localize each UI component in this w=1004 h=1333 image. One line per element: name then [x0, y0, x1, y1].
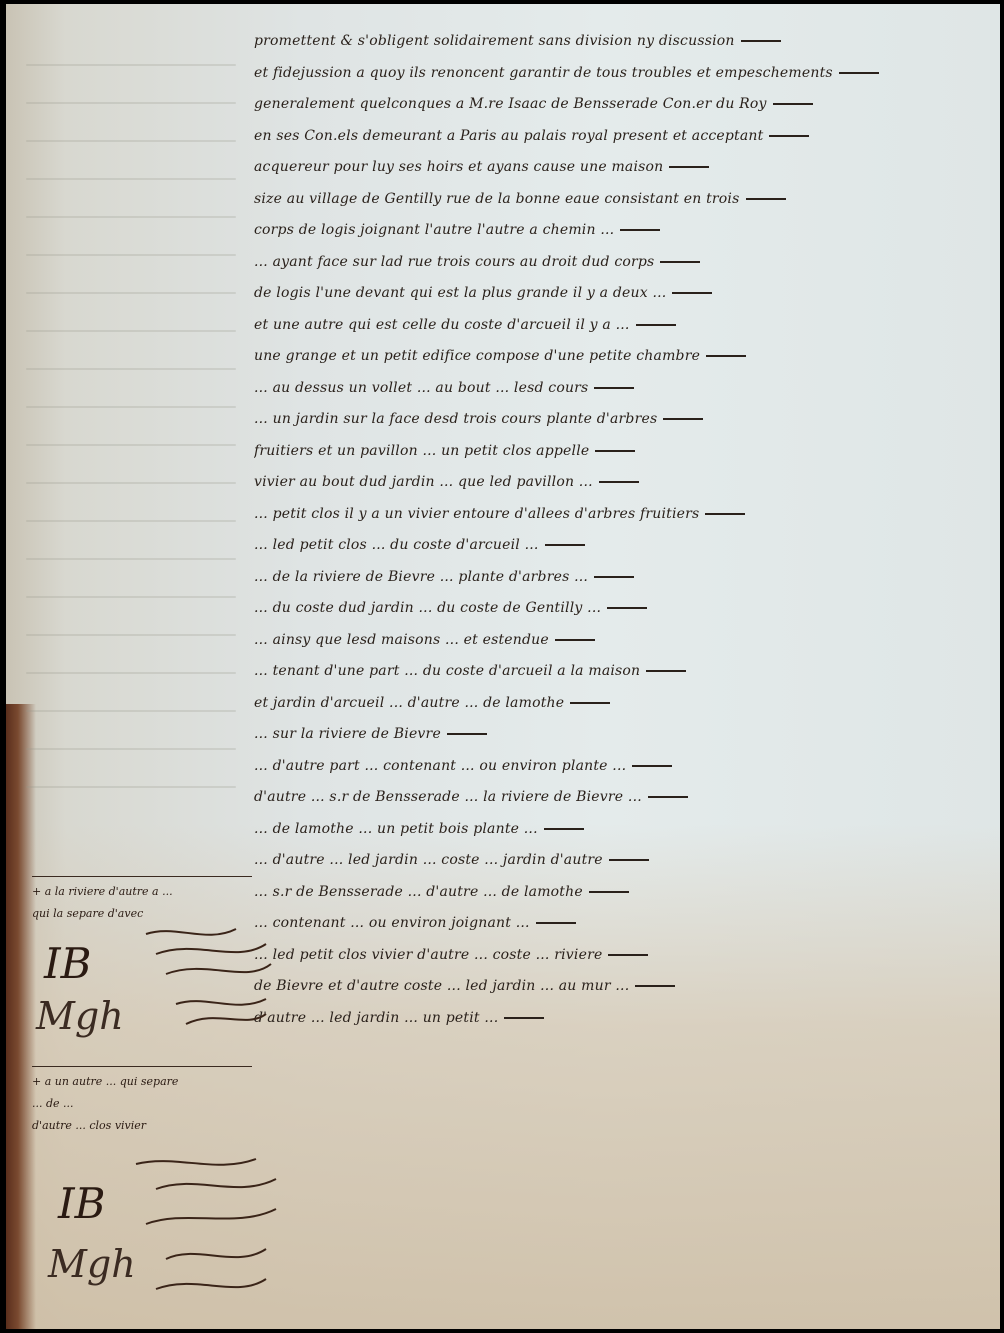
- line-filler-dash: [589, 891, 629, 893]
- manuscript-line-text: et fidejussion a quoy ils renoncent gara…: [254, 65, 833, 81]
- manuscript-line: en ses Con.els demeurant a Paris au pala…: [254, 121, 994, 153]
- manuscript-line-text: ... ainsy que lesd maisons ... et estend…: [254, 632, 549, 648]
- manuscript-line-text: en ses Con.els demeurant a Paris au pala…: [254, 128, 763, 144]
- manuscript-line-text: ... led petit clos vivier d'autre ... co…: [254, 947, 602, 963]
- manuscript-line: de logis l'une devant qui est la plus gr…: [254, 278, 994, 310]
- manuscript-line: d'autre ... s.r de Bensserade ... la riv…: [254, 782, 994, 814]
- manuscript-line: generalement quelconques a M.re Isaac de…: [254, 89, 994, 121]
- line-filler-dash: [636, 324, 676, 326]
- manuscript-line: ... du coste dud jardin ... du coste de …: [254, 593, 994, 625]
- line-filler-dash: [646, 670, 686, 672]
- manuscript-line: ... ainsy que lesd maisons ... et estend…: [254, 625, 994, 657]
- manuscript-line-text: ... d'autre part ... contenant ... ou en…: [254, 758, 626, 774]
- margin-rule: [32, 876, 252, 877]
- manuscript-line: ... un jardin sur la face desd trois cou…: [254, 404, 994, 436]
- line-filler-dash: [504, 1017, 544, 1019]
- line-filler-dash: [660, 261, 700, 263]
- manuscript-line: promettent & s'obligent solidairement sa…: [254, 26, 994, 58]
- line-filler-dash: [555, 639, 595, 641]
- line-filler-dash: [536, 922, 576, 924]
- manuscript-line: ... contenant ... ou environ joignant ..…: [254, 908, 994, 940]
- manuscript-line: acquereur pour luy ses hoirs et ayans ca…: [254, 152, 994, 184]
- manuscript-line: de Bievre et d'autre coste ... led jardi…: [254, 971, 994, 1003]
- margin-note-2: + a un autre ... qui separe: [32, 1071, 252, 1093]
- manuscript-line: ... de lamothe ... un petit bois plante …: [254, 814, 994, 846]
- manuscript-line: ... ayant face sur lad rue trois cours a…: [254, 247, 994, 279]
- manuscript-line: ... led petit clos vivier d'autre ... co…: [254, 940, 994, 972]
- manuscript-line: ... sur la riviere de Bievre: [254, 719, 994, 751]
- manuscript-line-text: ... d'autre ... led jardin ... coste ...…: [254, 852, 603, 868]
- manuscript-line-text: size au village de Gentilly rue de la bo…: [254, 191, 740, 207]
- manuscript-line: size au village de Gentilly rue de la bo…: [254, 184, 994, 216]
- manuscript-line-text: d'autre ... led jardin ... un petit ...: [254, 1010, 498, 1026]
- margin-rule: [32, 1066, 252, 1067]
- manuscript-line-text: vivier au bout dud jardin ... que led pa…: [254, 474, 593, 490]
- line-filler-dash: [608, 954, 648, 956]
- margin-note-2-line2: ... de ...: [32, 1093, 252, 1115]
- manuscript-page: promettent & s'obligent solidairement sa…: [6, 4, 1000, 1329]
- manuscript-line-text: ... du coste dud jardin ... du coste de …: [254, 600, 601, 616]
- manuscript-line: ... d'autre part ... contenant ... ou en…: [254, 751, 994, 783]
- manuscript-line: ... au dessus un vollet ... au bout ... …: [254, 373, 994, 405]
- margin-notes-2: + a un autre ... qui separe ... de ... d…: [32, 1062, 252, 1137]
- line-filler-dash: [544, 828, 584, 830]
- manuscript-line-text: ... ayant face sur lad rue trois cours a…: [254, 254, 654, 270]
- manuscript-line-text: ... tenant d'une part ... du coste d'arc…: [254, 663, 640, 679]
- line-filler-dash: [663, 418, 703, 420]
- line-filler-dash: [669, 166, 709, 168]
- manuscript-line: une grange et un petit edifice compose d…: [254, 341, 994, 373]
- line-filler-dash: [746, 198, 786, 200]
- manuscript-line-text: et une autre qui est celle du coste d'ar…: [254, 317, 630, 333]
- manuscript-line-text: ... au dessus un vollet ... au bout ... …: [254, 380, 588, 396]
- line-filler-dash: [635, 985, 675, 987]
- signature-name-1: Mgh: [36, 994, 124, 1038]
- manuscript-line-text: ... petit clos il y a un vivier entoure …: [254, 506, 699, 522]
- line-filler-dash: [594, 576, 634, 578]
- line-filler-dash: [594, 387, 634, 389]
- line-filler-dash: [706, 355, 746, 357]
- line-filler-dash: [607, 607, 647, 609]
- line-filler-dash: [447, 733, 487, 735]
- line-filler-dash: [609, 859, 649, 861]
- line-filler-dash: [769, 135, 809, 137]
- line-filler-dash: [672, 292, 712, 294]
- manuscript-line-text: ... s.r de Bensserade ... d'autre ... de…: [254, 884, 583, 900]
- manuscript-line-text: acquereur pour luy ses hoirs et ayans ca…: [254, 159, 663, 175]
- signature-initials-1: IB: [44, 939, 91, 988]
- line-filler-dash: [648, 796, 688, 798]
- line-filler-dash: [545, 544, 585, 546]
- manuscript-line-text: de Bievre et d'autre coste ... led jardi…: [254, 978, 629, 994]
- manuscript-line-text: corps de logis joignant l'autre l'autre …: [254, 222, 614, 238]
- line-filler-dash: [632, 765, 672, 767]
- signature-flourish-1: [136, 904, 276, 1044]
- body-text: promettent & s'obligent solidairement sa…: [254, 26, 994, 1034]
- manuscript-line: ... de la riviere de Bievre ... plante d…: [254, 562, 994, 594]
- manuscript-line-text: ... sur la riviere de Bievre: [254, 726, 441, 742]
- manuscript-line: et fidejussion a quoy ils renoncent gara…: [254, 58, 994, 90]
- manuscript-line-text: promettent & s'obligent solidairement sa…: [254, 33, 735, 49]
- manuscript-line: corps de logis joignant l'autre l'autre …: [254, 215, 994, 247]
- manuscript-line: et une autre qui est celle du coste d'ar…: [254, 310, 994, 342]
- manuscript-line: ... s.r de Bensserade ... d'autre ... de…: [254, 877, 994, 909]
- manuscript-line-text: ... de la riviere de Bievre ... plante d…: [254, 569, 588, 585]
- manuscript-line-text: et jardin d'arcueil ... d'autre ... de l…: [254, 695, 564, 711]
- margin-note-1: + a la riviere d'autre a ...: [32, 881, 252, 903]
- manuscript-line: vivier au bout dud jardin ... que led pa…: [254, 467, 994, 499]
- manuscript-line-text: ... contenant ... ou environ joignant ..…: [254, 915, 530, 931]
- signature-initials-2: IB: [58, 1179, 105, 1228]
- manuscript-line: ... tenant d'une part ... du coste d'arc…: [254, 656, 994, 688]
- manuscript-line-text: ... un jardin sur la face desd trois cou…: [254, 411, 657, 427]
- line-filler-dash: [599, 481, 639, 483]
- manuscript-line: et jardin d'arcueil ... d'autre ... de l…: [254, 688, 994, 720]
- manuscript-line-text: generalement quelconques a M.re Isaac de…: [254, 96, 767, 112]
- margin-note-2-line3: d'autre ... clos vivier: [32, 1115, 252, 1137]
- line-filler-dash: [595, 450, 635, 452]
- manuscript-line: d'autre ... led jardin ... un petit ...: [254, 1003, 994, 1035]
- line-filler-dash: [570, 702, 610, 704]
- manuscript-line: ... d'autre ... led jardin ... coste ...…: [254, 845, 994, 877]
- manuscript-line-text: ... de lamothe ... un petit bois plante …: [254, 821, 538, 837]
- line-filler-dash: [620, 229, 660, 231]
- signature-name-2: Mgh: [48, 1242, 136, 1286]
- manuscript-line-text: d'autre ... s.r de Bensserade ... la riv…: [254, 789, 642, 805]
- line-filler-dash: [705, 513, 745, 515]
- manuscript-line: ... petit clos il y a un vivier entoure …: [254, 499, 994, 531]
- manuscript-line: fruitiers et un pavillon ... un petit cl…: [254, 436, 994, 468]
- manuscript-line-text: une grange et un petit edifice compose d…: [254, 348, 700, 364]
- manuscript-line-text: fruitiers et un pavillon ... un petit cl…: [254, 443, 589, 459]
- line-filler-dash: [741, 40, 781, 42]
- manuscript-line-text: de logis l'une devant qui est la plus gr…: [254, 285, 666, 301]
- ink-bleed-through: [26, 64, 236, 824]
- manuscript-line-text: ... led petit clos ... du coste d'arcuei…: [254, 537, 539, 553]
- signature-flourish-2: [126, 1144, 286, 1314]
- line-filler-dash: [773, 103, 813, 105]
- line-filler-dash: [839, 72, 879, 74]
- manuscript-line: ... led petit clos ... du coste d'arcuei…: [254, 530, 994, 562]
